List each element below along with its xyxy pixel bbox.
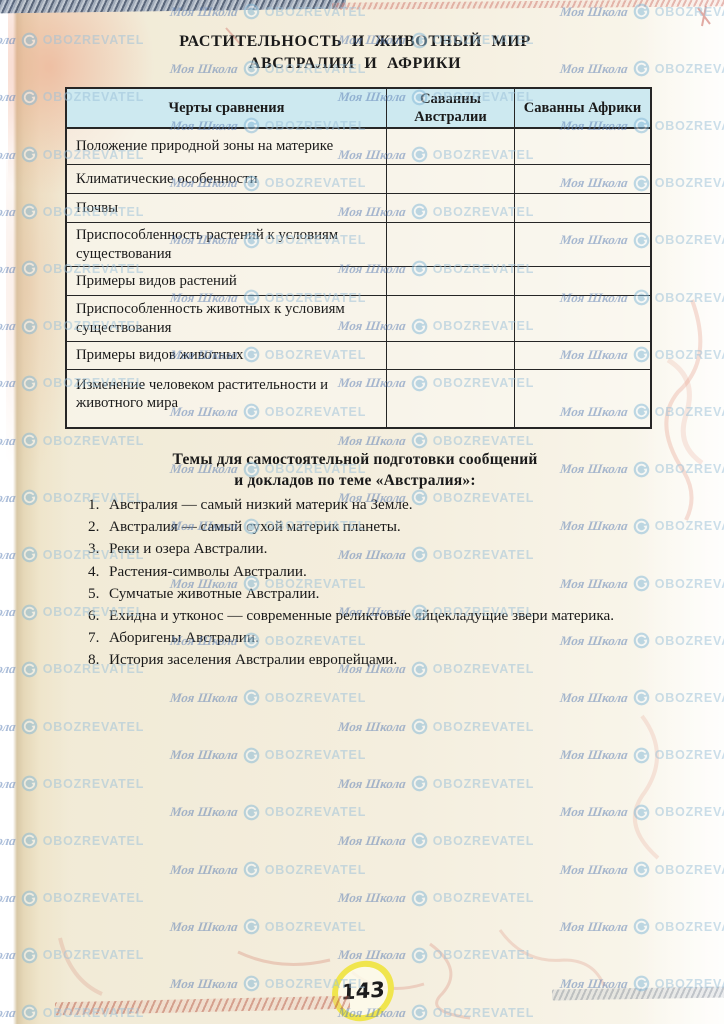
table-row-feature: Приспособленность животных к условиям су…	[67, 296, 387, 342]
table-cell-australia	[387, 194, 515, 223]
table-cell-africa	[515, 342, 650, 370]
list-item-number: 4.	[88, 561, 109, 583]
table-cell-australia	[387, 296, 515, 342]
list-item-number: 7.	[88, 627, 109, 649]
table-cell-australia	[387, 267, 515, 296]
topics-heading: Темы для самостоятельной подготовки сооб…	[62, 449, 648, 491]
table-cell-africa	[515, 129, 650, 165]
table-row-feature: Приспособленность растений к условиям су…	[67, 223, 387, 267]
table-header-africa: Саванны Африки	[515, 89, 650, 129]
table-cell-africa	[515, 194, 650, 223]
list-item-text: Австралия — самый сухой материк планеты.	[109, 516, 650, 538]
list-item-number: 5.	[88, 583, 109, 605]
table-row-feature: Изменение человеком растительности и жив…	[67, 370, 387, 427]
list-item: 3. Реки и озера Австралии.	[88, 538, 650, 560]
page-title: РАСТИТЕЛЬНОСТЬ И ЖИВОТНЫЙ МИР АВСТРАЛИИ …	[62, 31, 648, 75]
list-item-number: 1.	[88, 494, 109, 516]
list-item: 2. Австралия — самый сухой материк плане…	[88, 516, 650, 538]
comparison-table: Черты сравнения Саванны Австралии Саванн…	[65, 87, 652, 429]
table-cell-australia	[387, 165, 515, 194]
table-row-feature: Примеры видов животных	[67, 342, 387, 370]
list-item: 8. История заселения Австралии европейца…	[88, 649, 650, 671]
table-cell-africa	[515, 267, 650, 296]
list-item-number: 3.	[88, 538, 109, 560]
topics-heading-line2: и докладов по теме «Австралия»:	[62, 470, 648, 491]
table-cell-australia	[387, 129, 515, 165]
table-row-feature: Почвы	[67, 194, 387, 223]
table-row-feature: Примеры видов растений	[67, 267, 387, 296]
table-header-feature: Черты сравнения	[67, 89, 387, 129]
list-item: 6. Ехидна и утконос — современные реликт…	[88, 605, 650, 627]
list-item-text: Ехидна и утконос — современные реликтовы…	[109, 605, 650, 627]
list-item-text: Австралия — самый низкий материк на Земл…	[109, 494, 650, 516]
table-cell-australia	[387, 370, 515, 427]
table-cell-africa	[515, 223, 650, 267]
list-item: 7. Аборигены Австралии.	[88, 627, 650, 649]
topics-list: 1. Австралия — самый низкий материк на З…	[88, 494, 650, 672]
topics-heading-line1: Темы для самостоятельной подготовки сооб…	[62, 449, 648, 470]
table-cell-africa	[515, 370, 650, 427]
table-cell-africa	[515, 165, 650, 194]
list-item: 1. Австралия — самый низкий материк на З…	[88, 494, 650, 516]
page-title-line2: АВСТРАЛИИ И АФРИКИ	[62, 53, 648, 75]
table-row-feature: Климатические особенности	[67, 165, 387, 194]
list-item-text: Сумчатые животные Австралии.	[109, 583, 650, 605]
table-cell-australia	[387, 223, 515, 267]
list-item-number: 2.	[88, 516, 109, 538]
list-item-number: 6.	[88, 605, 109, 627]
page-content: РАСТИТЕЛЬНОСТЬ И ЖИВОТНЫЙ МИР АВСТРАЛИИ …	[0, 0, 724, 1024]
table-header-australia: Саванны Австралии	[387, 89, 515, 129]
list-item-text: История заселения Австралии европейцами.	[109, 649, 650, 671]
list-item-text: Аборигены Австралии.	[109, 627, 650, 649]
list-item-text: Реки и озера Австралии.	[109, 538, 650, 560]
list-item-text: Растения-символы Австралии.	[109, 561, 650, 583]
list-item: 5. Сумчатые животные Австралии.	[88, 583, 650, 605]
list-item: 4. Растения-символы Австралии.	[88, 561, 650, 583]
table-cell-africa	[515, 296, 650, 342]
table-row-feature: Положение природной зоны на материке	[67, 129, 387, 165]
page-title-line1: РАСТИТЕЛЬНОСТЬ И ЖИВОТНЫЙ МИР	[62, 31, 648, 53]
scanned-workbook-page: РАСТИТЕЛЬНОСТЬ И ЖИВОТНЫЙ МИР АВСТРАЛИИ …	[0, 0, 724, 1024]
table-cell-australia	[387, 342, 515, 370]
list-item-number: 8.	[88, 649, 109, 671]
